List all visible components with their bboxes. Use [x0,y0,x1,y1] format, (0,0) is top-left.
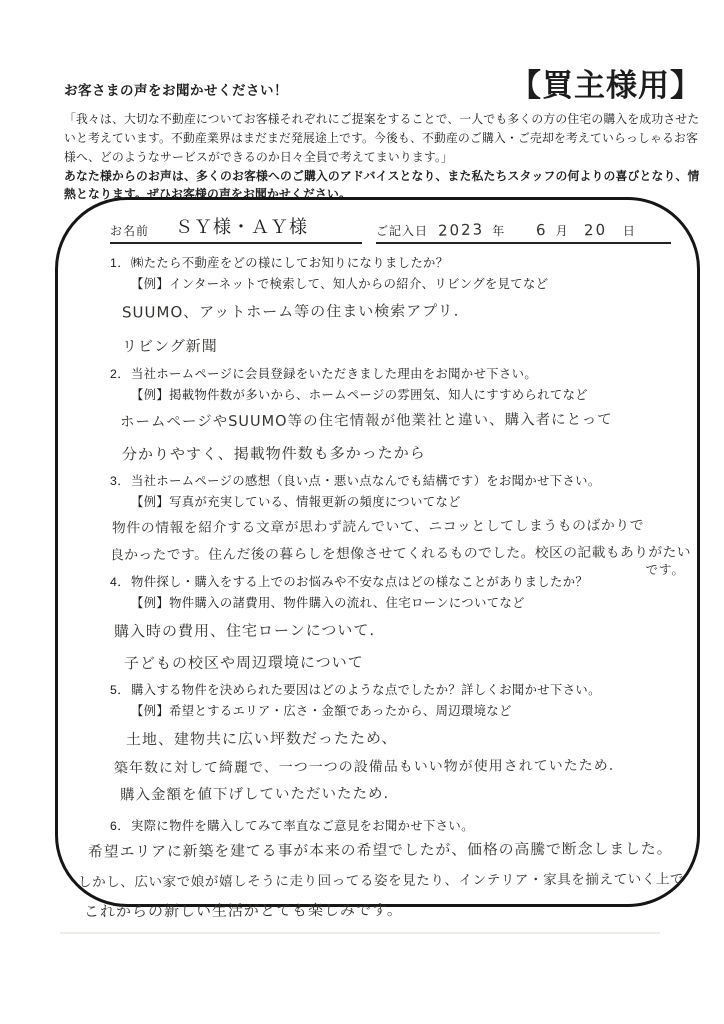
question-6-answer-line: 希望エリアに新築を建てる事が本来の希望でしたが、価格の高騰で断念しました。 [88,840,671,862]
date-field: ご記入日 2023 年 6 月 20 日 [376,221,671,244]
name-field: お名前 ＳＹ様・ＡＹ様 [110,213,362,244]
question-4-answer-line: 子どもの校区や周辺環境について [124,651,671,673]
question-2: 2．当社ホームページに会員登録をいただきました理由をお聞かせ下さい。 【例】掲載… [110,364,671,463]
date-year-unit: 年 [492,222,504,239]
intro-quote: 「我々は、大切な不動産についてお客様それぞれにご提案をすることで、一人でも多くの… [64,110,702,167]
question-4-example: 【例】物件購入の諸費用、物件購入の流れ、住宅ローンについてなど [131,593,671,611]
page-title: お客さまの声をお聞かせください！ [64,79,288,105]
question-5-answer-line: 築年数に対して綺麗で、一つ一つの設備品もいい物が使用されていたため. [114,758,671,778]
question-1-answer-line: SUUMO、アットホーム等の住まい検索アプリ. [122,301,671,323]
question-1-answer-line: リビング新聞 [122,334,671,356]
question-5-answer-line: 土地、建物共に広い坪数だったため、 [126,728,671,750]
question-3-number: 3． [110,471,131,489]
question-5: 5．購入する物件を決められた要因はどのような点でしたか？詳しくお聞かせ下さい。 … [110,680,671,802]
question-4-number: 4． [110,572,131,590]
question-5-text-line: 5．購入する物件を決められた要因はどのような点でしたか？詳しくお聞かせ下さい。 [110,680,671,698]
question-3-answer-line: 良かったです。住んだ後の暮らしを想像させてくれるものでした。校区の記載もありがた… [110,544,671,564]
question-2-example: 【例】掲載物件数が多いから、ホームページの雰囲気、知人にすすめられてなど [131,385,671,403]
question-6-answer-line: これからの新しい生活がとても楽しみです。 [84,900,671,922]
questionnaire-box: お名前 ＳＹ様・ＡＹ様 ご記入日 2023 年 6 月 20 日 1．㈱たたら不… [55,197,700,907]
scanned-questionnaire-page: お客さまの声をお聞かせください！ 【買主様用】 「我々は、大切な不動産についてお… [0,0,724,1024]
name-label: お名前 [110,222,149,239]
question-1-text: ㈱たたら不動産をどの様にしてお知りになりましたか？ [131,256,448,270]
page-header: お客さまの声をお聞かせください！ 【買主様用】 「我々は、大切な不動産についてお… [64,60,702,203]
question-4-text: 物件探し・購入をする上でのお悩みや不安な点はどの様なことがありましたか？ [131,575,588,589]
name-date-row: お名前 ＳＹ様・ＡＹ様 ご記入日 2023 年 6 月 20 日 [110,213,671,244]
date-label: ご記入日 [376,222,428,239]
question-5-number: 5． [110,680,131,698]
question-2-number: 2． [110,364,131,382]
question-3-answer-overflow: です。 [645,560,685,578]
question-5-answer-line: 購入金額を値下げしていただいたため. [120,783,671,804]
question-5-text: 購入する物件を決められた要因はどのような点でしたか？詳しくお聞かせ下さい。 [131,683,601,697]
question-3-answer-line: 物件の情報を紹介する文章が思わず読んでいて、ニコッとしてしまうものばかりで [112,518,671,538]
question-6-number: 6． [110,816,131,834]
question-3-text: 当社ホームページの感想（良い点・悪い点なんでも結構です）をお聞かせ下さい。 [131,474,601,488]
question-4: 4．物件探し・購入をする上でのお悩みや不安な点はどの様なことがありましたか？ 【… [110,572,671,672]
date-month-unit: 月 [556,222,568,239]
date-day-unit: 日 [623,222,635,239]
question-6: 6．実際に物件を購入してみて率直なご意見をお聞かせ下さい。 希望エリアに新築を建… [110,816,671,920]
date-month-handwritten: 6 [536,221,548,239]
question-3: 3．当社ホームページの感想（良い点・悪い点なんでも結構です）をお聞かせ下さい。 … [110,471,671,562]
question-2-answer-line: ホームページやSUUMO等の住宅情報が他業社と違い、購入者にとって [120,410,671,431]
question-1-text-line: 1．㈱たたら不動産をどの様にしてお知りになりましたか？ [110,253,671,271]
question-4-text-line: 4．物件探し・購入をする上でのお悩みや不安な点はどの様なことがありましたか？ [110,572,671,590]
question-1-example: 【例】インターネットで検索して、知人からの紹介、リビングを見てなど [131,274,671,292]
question-4-answer-line: 購入時の費用、住宅ローンについて. [114,619,671,641]
audience-label: 【買主様用】 [510,60,702,105]
date-year-handwritten: 2023 [438,220,485,240]
date-day-handwritten: 20 [583,221,607,240]
question-3-text-line: 3．当社ホームページの感想（良い点・悪い点なんでも結構です）をお聞かせ下さい。 [110,471,671,489]
name-value: ＳＹ様・ＡＹ様 [175,213,308,239]
question-1: 1．㈱たたら不動産をどの様にしてお知りになりましたか？ 【例】インターネットで検… [110,253,671,355]
question-5-example: 【例】希望とするエリア・広さ・金額であったから、周辺環境など [131,701,671,719]
question-6-answer-line: しかし、広い家で娘が嬉しそうに走り回ってる姿を見たり、インテリア・家具を揃えてい… [78,872,671,892]
scan-artifact-line [60,932,660,934]
question-6-text-line: 6．実際に物件を購入してみて率直なご意見をお聞かせ下さい。 [110,816,671,834]
question-3-example: 【例】写真が充実している、情報更新の頻度についてなど [131,492,671,510]
question-2-text-line: 2．当社ホームページに会員登録をいただきました理由をお聞かせ下さい。 [110,364,671,382]
question-6-text: 実際に物件を購入してみて率直なご意見をお聞かせ下さい。 [131,819,474,833]
question-2-text: 当社ホームページに会員登録をいただきました理由をお聞かせ下さい。 [131,367,537,381]
question-1-number: 1． [110,253,131,271]
question-2-answer-line: 分かりやすく、掲載物件数も多かったから [122,442,671,464]
